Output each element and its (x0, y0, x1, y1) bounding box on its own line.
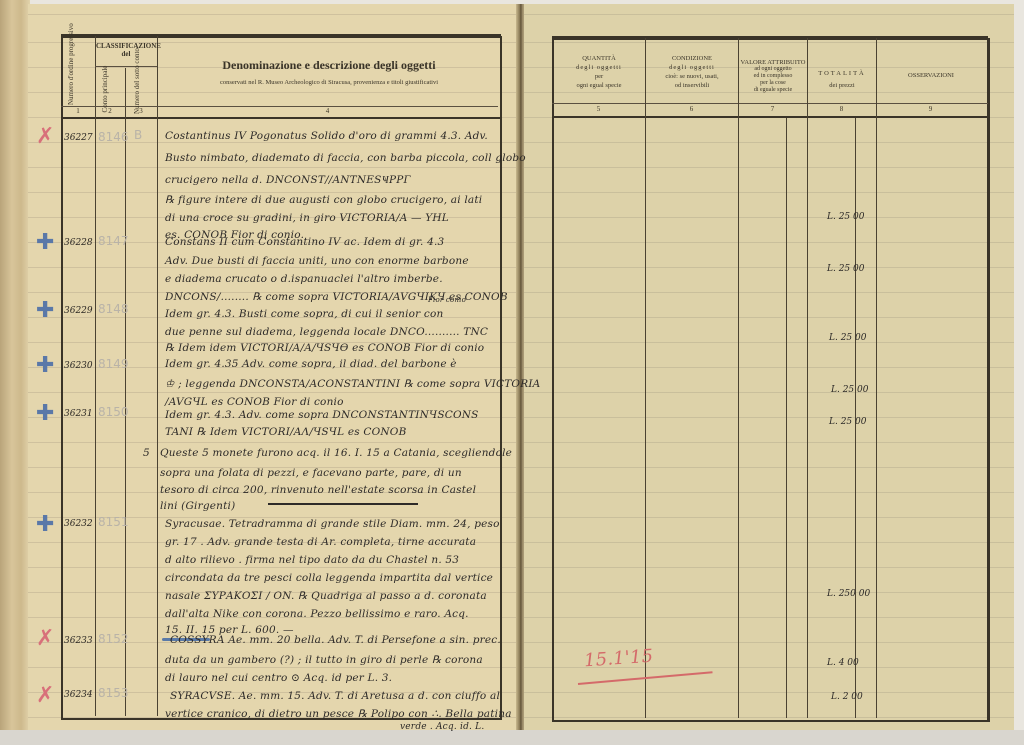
col5-title: QUANTITÀ (553, 54, 645, 63)
entry-line: ℞ Idem idem VICTORI/A/A/ЧЅЧӨ es CONOB Fi… (165, 342, 484, 354)
entry-line: verde . Acq. id. L. (400, 722, 484, 732)
header-top-rule (552, 36, 988, 39)
col7-title: VALORE ATTRIBUITO (739, 59, 807, 66)
note-line: sopra una folata di pezzi, e facevano pa… (160, 467, 462, 479)
col6-line: degli oggetti (646, 63, 738, 72)
red-cross-mark: ✗ (36, 685, 54, 707)
sub-account: B (134, 128, 142, 142)
col-divider-5 (645, 38, 646, 718)
entry-annotation: Fior conio (428, 296, 466, 304)
col7-line: per la cose (739, 80, 807, 87)
entry-line: di una croce su gradini, in giro VICTORI… (165, 212, 449, 224)
col1-header: Numero d'ordine progressivo (67, 45, 87, 105)
entry-line: /AVGЧL es CONOB Fior di conio (165, 396, 344, 408)
price-value: L. 25 00 (829, 417, 866, 427)
entry-line: ♔ ; leggenda DNCONSTA/ACONSTANTINI ℞ com… (165, 378, 540, 390)
header-top-rule (61, 34, 501, 37)
col7-header: VALORE ATTRIBUITO ad ogni oggetto ed in … (739, 59, 807, 94)
col6-line: cioè: se nuovi, usati, (646, 72, 738, 81)
price-value: L. 25 00 (829, 333, 866, 343)
entry-line: SYRACVSE. Ae. mm. 15. Adv. T. di Aretusa… (170, 690, 500, 702)
col-divider-7 (807, 38, 808, 718)
entry-line: ℞ figure intere di due augusti con globo… (165, 194, 482, 206)
entry-line: gr. 17 . Adv. grande testa di Ar. comple… (165, 536, 476, 548)
blue-cross-mark: ✚ (36, 355, 54, 377)
col-number-2: 2 (95, 107, 125, 115)
price-value: L. 2 00 (831, 692, 863, 702)
entry-line: circondata da tre pesci colla leggenda i… (165, 572, 493, 584)
account-number: 8150 (98, 405, 129, 419)
note-line: Queste 5 monete furono acq. il 16. I. 15… (160, 447, 512, 459)
col5-line: ogni egual specie (553, 81, 645, 90)
col6-line: od inservibili (646, 81, 738, 90)
entry-line: Constans II cum Constantino IV ac. Idem … (165, 236, 444, 248)
entry-line: di lauro nel cui centro ⊙ Acq. id per L.… (165, 672, 392, 684)
entry-number: 36231 (64, 409, 93, 419)
entry-number: 36233 (64, 636, 93, 646)
note-prefix: 5 (143, 447, 150, 459)
account-number: 8147 (98, 234, 129, 248)
entry-line: dall'alta Nike con corona. Pezzo belliss… (165, 608, 469, 620)
entry-line: Idem gr. 4.35 Adv. come sopra, il diad. … (165, 358, 457, 370)
col-divider-6 (738, 38, 739, 718)
note-line: lini (Girgenti) (160, 500, 235, 512)
account-number: 8151 (98, 515, 129, 529)
red-cross-mark: ✗ (36, 126, 54, 148)
entry-line: Syracusae. Tetradramma di grande stile D… (165, 518, 500, 530)
col8-title: TOTALITÀ (808, 68, 876, 80)
entry-line: Idem gr. 4.3. Busti come sopra, di cui i… (165, 308, 443, 320)
background-surface (0, 730, 1024, 745)
col5-line: per (553, 72, 645, 81)
col7-subdivider (786, 118, 787, 718)
entry-line: due penne sul diadema, leggenda locale D… (165, 326, 488, 338)
entry-number: 36228 (64, 238, 93, 248)
entry-line: crucigero nella d. DNCONST//ANTNEЅҸPPГ (165, 174, 411, 186)
col-divider-2 (125, 68, 126, 716)
col5-header: QUANTITÀ degli oggetti per ogni egual sp… (553, 54, 645, 90)
entry-line: d alto rilievo . firma nel tipo dato da … (165, 554, 459, 566)
entry-line: nasale ΣΥΡΑΚΟΣΙ / ON. ℞ Quadriga al pass… (165, 590, 487, 602)
entry-number: 36227 (64, 133, 93, 143)
note-end-rule (268, 503, 418, 505)
blue-cross-mark: ✚ (36, 232, 54, 254)
account-number: 8152 (98, 632, 129, 646)
blue-cross-mark: ✚ (36, 514, 54, 536)
col5-line: degli oggetti (553, 63, 645, 72)
entry-number: 36229 (64, 306, 93, 316)
col-number-6: 6 (645, 105, 738, 113)
classification-header: CLASSIFICAZIONE del (96, 42, 156, 58)
account-number: 8149 (98, 357, 129, 371)
col4-subtitle: conservati nel R. Museo Archeologico di … (160, 79, 498, 86)
price-value: L. 25 00 (827, 212, 864, 222)
entry-line: TANI ℞ Idem VICTORI/AΛ/ЧЅЧL es CONOB (165, 426, 407, 438)
col7-line: di eguale specie (739, 87, 807, 94)
col-divider-8 (876, 38, 877, 718)
price-value: L. 250 00 (827, 589, 870, 599)
col6-title: CONDIZIONE (646, 54, 738, 63)
entry-line: duta da un gambero (?) ; il tutto in gir… (165, 654, 483, 666)
account-number: 8153 (98, 686, 129, 700)
entry-line: vertice cranico, di dietro un pesce ℞ Po… (165, 708, 512, 720)
col-number-9: 9 (876, 105, 985, 113)
note-line: tesoro di circa 200, rinvenuto nell'esta… (160, 484, 476, 496)
price-value: L. 25 00 (827, 264, 864, 274)
col8-header: TOTALITÀ dei prezzi (808, 68, 876, 92)
col-number-3: 3 (125, 107, 157, 115)
col7-line: ad ogni oggetto (739, 66, 807, 73)
col7-line: ed in complesso (739, 73, 807, 80)
price-value: L. 4 00 (827, 658, 859, 668)
col-number-1: 1 (61, 107, 95, 115)
blue-cross-mark: ✚ (36, 403, 54, 425)
entry-line: e diadema crucato o d.ispanuaclei l'altr… (165, 273, 443, 285)
account-number: 8148 (98, 302, 129, 316)
price-value: L. 25 00 (831, 385, 868, 395)
col-number-7: 7 (738, 105, 807, 113)
header-bottom-rule (61, 117, 501, 119)
col-number-5: 5 (552, 105, 645, 113)
col-divider-3 (157, 36, 158, 716)
col-divider-1 (95, 36, 96, 716)
entry-number: 36232 (64, 519, 93, 529)
entry-line: Idem gr. 4.3. Adv. come sopra DNCONSTANT… (165, 409, 479, 421)
entry-line: COSSYRA Ae. mm. 20 bella. Adv. T. di Per… (170, 634, 501, 646)
right-table-frame (552, 38, 990, 722)
entry-line: Costantinus IV Pogonatus Solido d'oro di… (165, 130, 488, 142)
col4-title: Denominazione e descrizione degli oggett… (160, 58, 498, 73)
col-number-8: 8 (807, 105, 876, 113)
book-page-stack (0, 0, 30, 745)
entry-number: 36230 (64, 361, 93, 371)
account-number: 8146 (98, 130, 129, 144)
red-cross-mark: ✗ (36, 628, 54, 650)
entry-number: 36234 (64, 690, 93, 700)
col8-line: dei prezzi (808, 80, 876, 92)
col9-title: OSSERVAZIONI (877, 72, 985, 79)
header-bottom-rule (552, 116, 988, 118)
col6-header: CONDIZIONE degli oggetti cioè: se nuovi,… (646, 54, 738, 90)
col-number-4: 4 (157, 107, 498, 115)
blue-cross-mark: ✚ (36, 300, 54, 322)
entry-line: Busto nimbato, diademato di faccia, con … (165, 152, 526, 164)
entry-line: Adv. Due busti di faccia uniti, uno con … (165, 255, 469, 267)
colnum-rule (552, 103, 988, 104)
